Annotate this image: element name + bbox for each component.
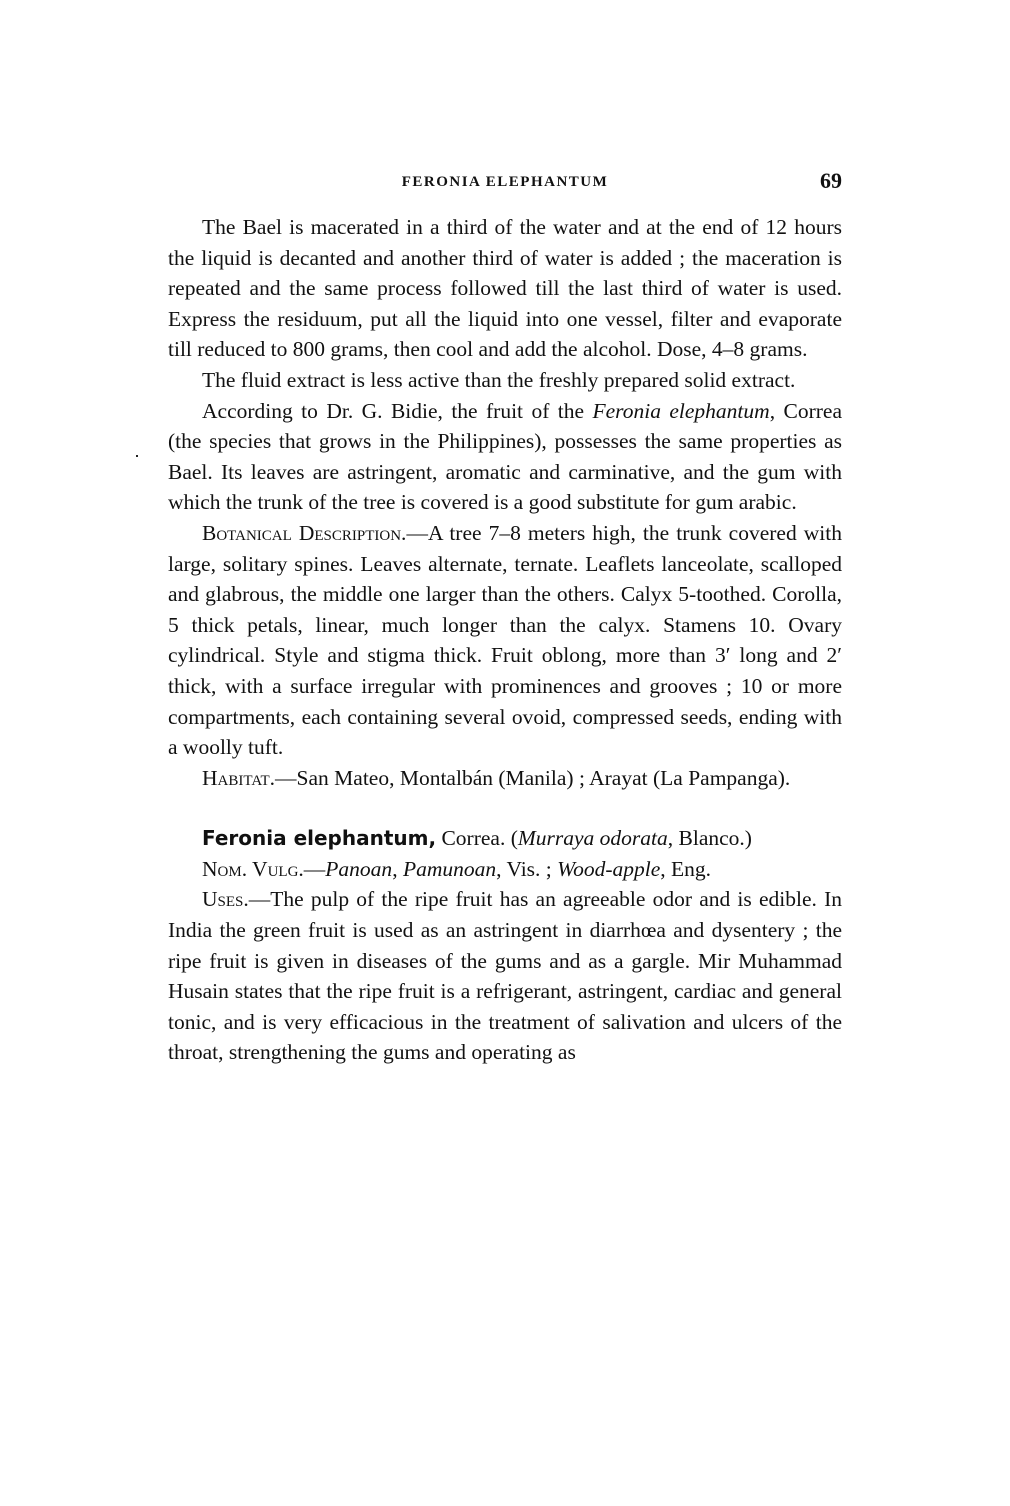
common-name-pamunoan: Pamunoan [403, 857, 496, 881]
nom-vulg-dash: — [304, 857, 326, 881]
paragraph-maceration: The Bael is macerated in a third of the … [168, 212, 842, 365]
paragraph-bidie: According to Dr. G. Bidie, the fruit of … [168, 396, 842, 518]
botanical-label: Botanical Description. [202, 521, 406, 545]
running-head: FERONIA ELEPHANTUM 69 [168, 168, 842, 198]
running-title: FERONIA ELEPHANTUM [168, 174, 842, 191]
species-name: Feronia elephantum, [202, 826, 436, 850]
nom-vulg-lang-vis: , Vis. ; [496, 857, 557, 881]
common-name-panoan: Panoan [325, 857, 392, 881]
species-synonym-author: , Blanco.) [668, 826, 752, 850]
paragraph-fluid-extract: The fluid extract is less active than th… [168, 365, 842, 396]
paragraph-botanical-description: Botanical Description.—A tree 7–8 meters… [168, 518, 842, 763]
nom-vulg-lang-eng: , Eng. [660, 857, 711, 881]
section-gap [168, 793, 842, 823]
nom-vulg-sep: , [392, 857, 403, 881]
paragraph-habitat: Habitat.—San Mateo, Montalbán (Manila) ;… [168, 763, 842, 794]
species-author: Correa. ( [436, 826, 518, 850]
habitat-text: —San Mateo, Montalbán (Manila) ; Arayat … [275, 766, 790, 790]
botanical-text: —A tree 7–8 meters high, the trunk cover… [168, 521, 842, 759]
species-heading: Feronia elephantum, Correa. (Murraya odo… [168, 823, 842, 854]
uses-label: Uses. [202, 887, 249, 911]
habitat-label: Habitat. [202, 766, 275, 790]
common-name-wood-apple: Wood-apple [557, 857, 660, 881]
species-synonym: Murraya odorata [518, 826, 668, 850]
page-number: 69 [820, 168, 842, 194]
paragraph-uses: Uses.—The pulp of the ripe fruit has an … [168, 884, 842, 1068]
stray-mark [136, 455, 138, 457]
bidie-species-italic: Feronia elephantum [592, 399, 769, 423]
uses-text: —The pulp of the ripe fruit has an agree… [168, 887, 842, 1064]
paragraph-nom-vulg: Nom. Vulg.—Panoan, Pamunoan, Vis. ; Wood… [168, 854, 842, 885]
nom-vulg-label: Nom. Vulg. [202, 857, 304, 881]
book-page: FERONIA ELEPHANTUM 69 The Bael is macera… [168, 168, 842, 1068]
bidie-text-a: According to Dr. G. Bidie, the fruit of … [202, 399, 592, 423]
